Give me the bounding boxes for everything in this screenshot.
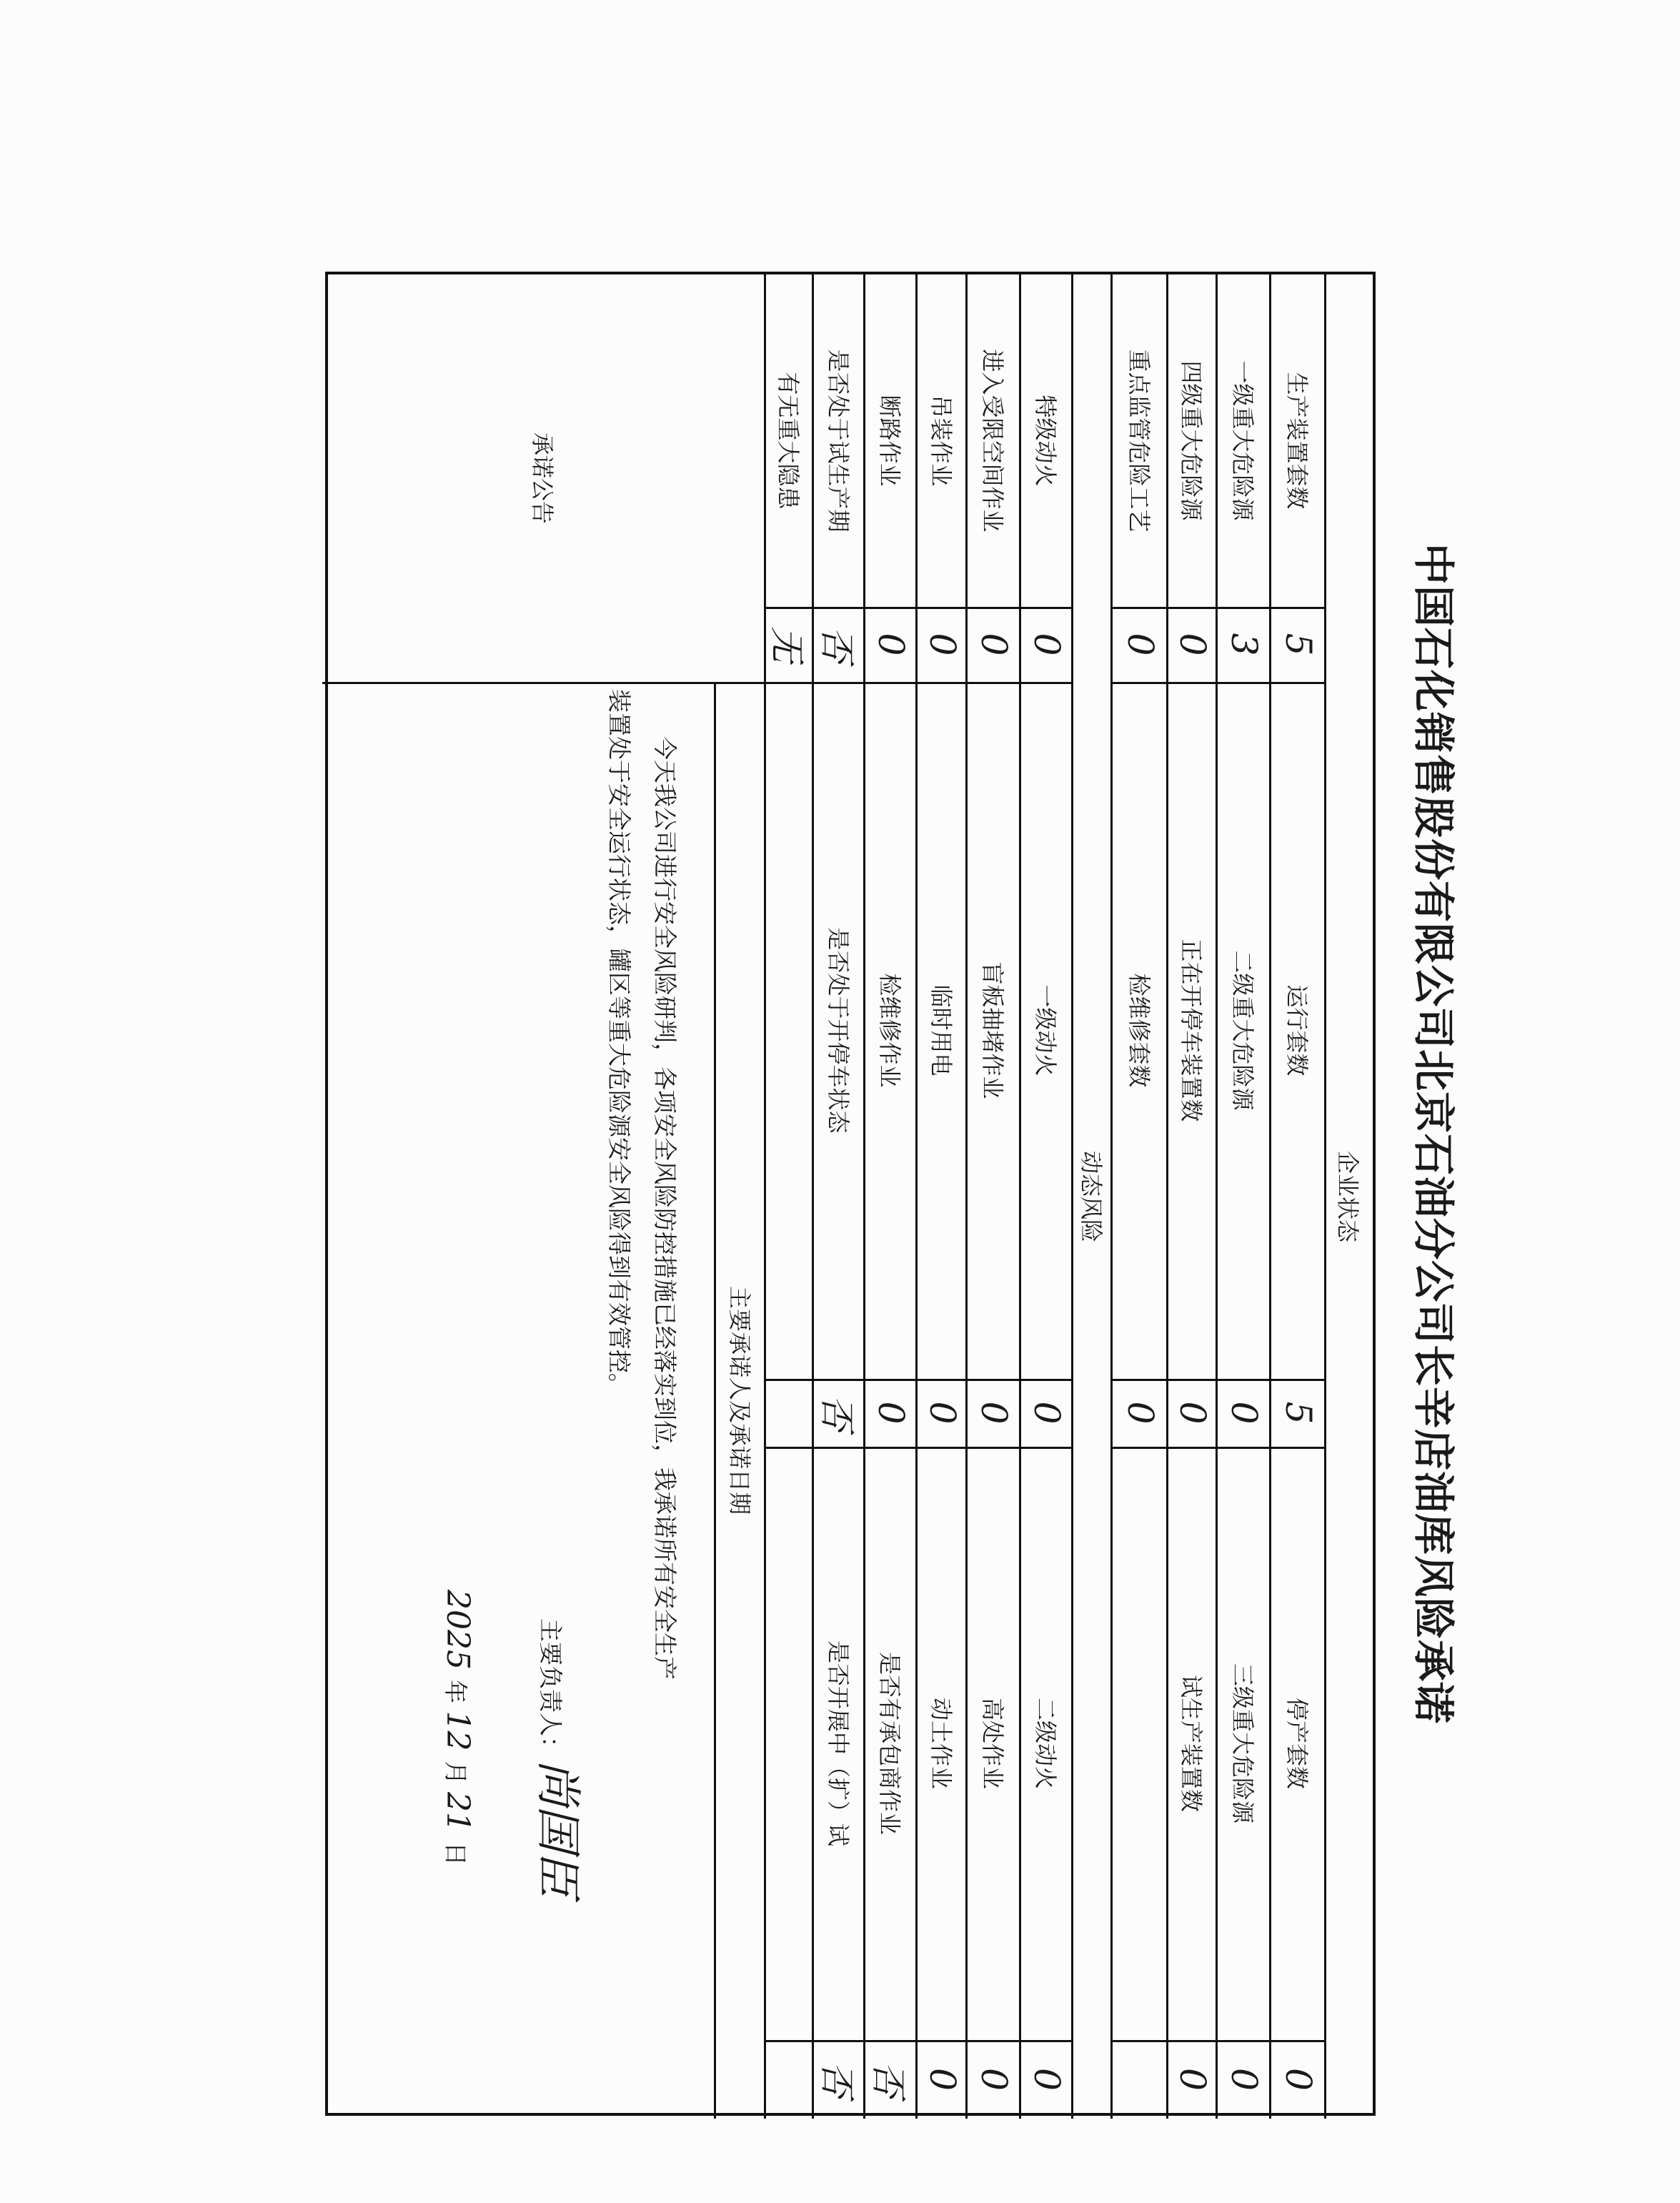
row-label: 临时用电 — [918, 682, 968, 1379]
table-rule — [766, 1379, 1073, 1381]
row-label: 是否处于试生产期 — [814, 274, 865, 607]
signer-line: 主要负责人：尚国臣 — [527, 1618, 580, 1897]
row-label: 盲板抽堵作业 — [968, 682, 1021, 1379]
table-rule — [766, 607, 1073, 609]
row-value: 0 — [918, 1379, 968, 1447]
commitment-date: 2025 年 12 月 21 日 — [432, 1590, 480, 1866]
row-value: 0 — [968, 1379, 1021, 1447]
row-label: 检维修作业 — [865, 682, 918, 1379]
row-label: 是否处于开停车状态 — [814, 682, 865, 1379]
section-enterprise-status: 企业状态 — [1326, 274, 1373, 2119]
commitment-statement: 今天我公司进行安全风险研判，各项安全风险防控措施已经落实到位，我承诺所有安全生产… — [596, 689, 687, 2097]
table-rule — [766, 2040, 1073, 2042]
row-label: 断路作业 — [865, 274, 918, 607]
row-value: 否 — [814, 607, 865, 682]
row-label: 一级动火 — [1021, 682, 1073, 1379]
row-value: 0 — [918, 2040, 968, 2119]
row-value: 否 — [814, 2040, 865, 2119]
row-value: 0 — [968, 607, 1021, 682]
row-value: 0 — [1271, 2040, 1326, 2119]
row-label: 有无重大隐患 — [766, 274, 814, 607]
table-rule — [766, 1447, 1073, 1449]
row-value: 5 — [1271, 1379, 1326, 1447]
row-label: 四级重大危险源 — [1168, 274, 1218, 607]
row-label: 是否有承包商作业 — [865, 1447, 918, 2040]
row-label: 运行套数 — [1271, 682, 1326, 1379]
row-label: 二级重大危险源 — [1218, 682, 1271, 1379]
table-rule — [714, 682, 716, 2119]
row-value: 0 — [1218, 2040, 1271, 2119]
signer-label: 主要负责人： — [537, 1618, 565, 1760]
row-value: 0 — [1218, 1379, 1271, 1447]
row-label: 试生产装置数 — [1168, 1447, 1218, 2040]
row-value: 0 — [1021, 1379, 1073, 1447]
row-value: 否 — [814, 1379, 865, 1447]
row-label: 正在开停车装置数 — [1168, 682, 1218, 1379]
row-label: 三级重大危险源 — [1218, 1447, 1271, 2040]
row-label: 进入受限空间作业 — [968, 274, 1021, 607]
row-value: 无 — [766, 607, 814, 682]
row-value: 否 — [865, 2040, 918, 2119]
table-rule — [322, 682, 766, 684]
signature: 尚国臣 — [531, 1760, 584, 1897]
row-label: 检维修套数 — [1113, 682, 1168, 1379]
row-value: 0 — [968, 2040, 1021, 2119]
table-rule — [766, 682, 1073, 684]
row-value: 0 — [1021, 2040, 1073, 2119]
row-value: 0 — [1168, 1379, 1218, 1447]
row-value: 0 — [918, 607, 968, 682]
row-value: 5 — [1271, 607, 1326, 682]
row-label: 高处作业 — [968, 1447, 1021, 2040]
table-rule — [1113, 1379, 1326, 1381]
row-label: 特级动火 — [1021, 274, 1073, 607]
table-rule — [1113, 682, 1326, 684]
commitment-table: 企业状态生产装置套数5运行套数5停产套数0一级重大危险源3二级重大危险源0三级重… — [325, 272, 1376, 2116]
section-commitment-person-date: 主要承诺人及承诺日期 — [716, 682, 766, 2119]
row-label: 动土作业 — [918, 1447, 968, 2040]
row-value: 0 — [1021, 607, 1073, 682]
row-label: 吊装作业 — [918, 274, 968, 607]
row-label: 生产装置套数 — [1271, 274, 1326, 607]
section-commitment-notice: 承诺公告 — [322, 274, 766, 682]
row-value: 0 — [865, 1379, 918, 1447]
row-value: 0 — [1168, 607, 1218, 682]
row-value: 0 — [1113, 607, 1168, 682]
table-rule — [1113, 1447, 1326, 1449]
row-value: 0 — [1168, 2040, 1218, 2119]
row-label: 二级动火 — [1021, 1447, 1073, 2040]
row-value: 0 — [1113, 1379, 1168, 1447]
risk-commitment-form: 中国石化销售股份有限公司北京石油分公司长辛店油库风险承诺 企业状态生产装置套数5… — [0, 0, 1680, 2203]
section-dynamic-risk: 动态风险 — [1073, 274, 1113, 2119]
row-label: 重点监管危险工艺 — [1113, 274, 1168, 607]
row-label: 是否开展中（扩）试 — [814, 1447, 865, 2040]
row-value: 3 — [1218, 607, 1271, 682]
document-title: 中国石化销售股份有限公司北京石油分公司长辛店油库风险承诺 — [1401, 543, 1466, 1687]
table-rule — [1113, 607, 1326, 609]
row-label: 停产套数 — [1271, 1447, 1326, 2040]
row-value: 0 — [865, 607, 918, 682]
table-rule — [1113, 2040, 1326, 2042]
row-label: 一级重大危险源 — [1218, 274, 1271, 607]
